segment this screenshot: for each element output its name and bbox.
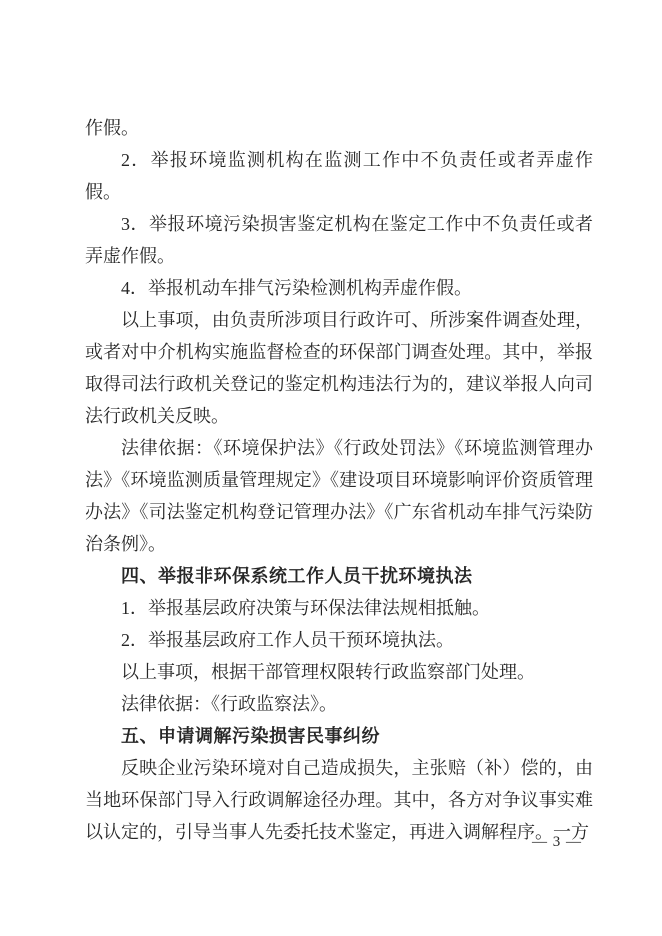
paragraph-handling-procedure: 以上事项，由负责所涉项目行政许可、所涉案件调查处理，或者对中介机构实施监督检查的… (85, 304, 593, 432)
list-item-2-monitoring-agency: 2．举报环境监测机构在监测工作中不负责任或者弄虚作假。 (85, 144, 593, 208)
section-heading-five: 五、申请调解污染损害民事纠纷 (85, 720, 593, 752)
paragraph-legal-basis: 法律依据：《环境保护法》《行政处罚法》《环境监测管理办法》《环境监测质量管理规定… (85, 432, 593, 560)
section-heading-four: 四、举报非环保系统工作人员干扰环境执法 (85, 560, 593, 592)
list-item-4-vehicle-exhaust-agency: 4．举报机动车排气污染检测机构弄虚作假。 (85, 272, 593, 304)
list-item-1-government-decision: 1．举报基层政府决策与环保法律法规相抵触。 (85, 592, 593, 624)
paragraph-legal-basis: 法律依据：《行政监察法》。 (85, 688, 593, 720)
page-number: — 3 — (532, 832, 582, 852)
list-item-3-damage-appraisal-agency: 3．举报环境污染损害鉴定机构在鉴定工作中不负责任或者弄虚作假。 (85, 208, 593, 272)
list-item-2-government-staff: 2．举报基层政府工作人员干预环境执法。 (85, 624, 593, 656)
document-content: 作假。 2．举报环境监测机构在监测工作中不负责任或者弄虚作假。 3．举报环境污染… (85, 112, 593, 848)
paragraph-mediation-intro: 反映企业污染环境对自己造成损失，主张赔（补）偿的，由当地环保部门导入行政调解途径… (85, 752, 593, 848)
document-page: 作假。 2．举报环境监测机构在监测工作中不负责任或者弄虚作假。 3．举报环境污染… (0, 0, 662, 936)
paragraph-continuation: 作假。 (85, 112, 593, 144)
paragraph-handling-procedure: 以上事项，根据干部管理权限转行政监察部门处理。 (85, 656, 593, 688)
